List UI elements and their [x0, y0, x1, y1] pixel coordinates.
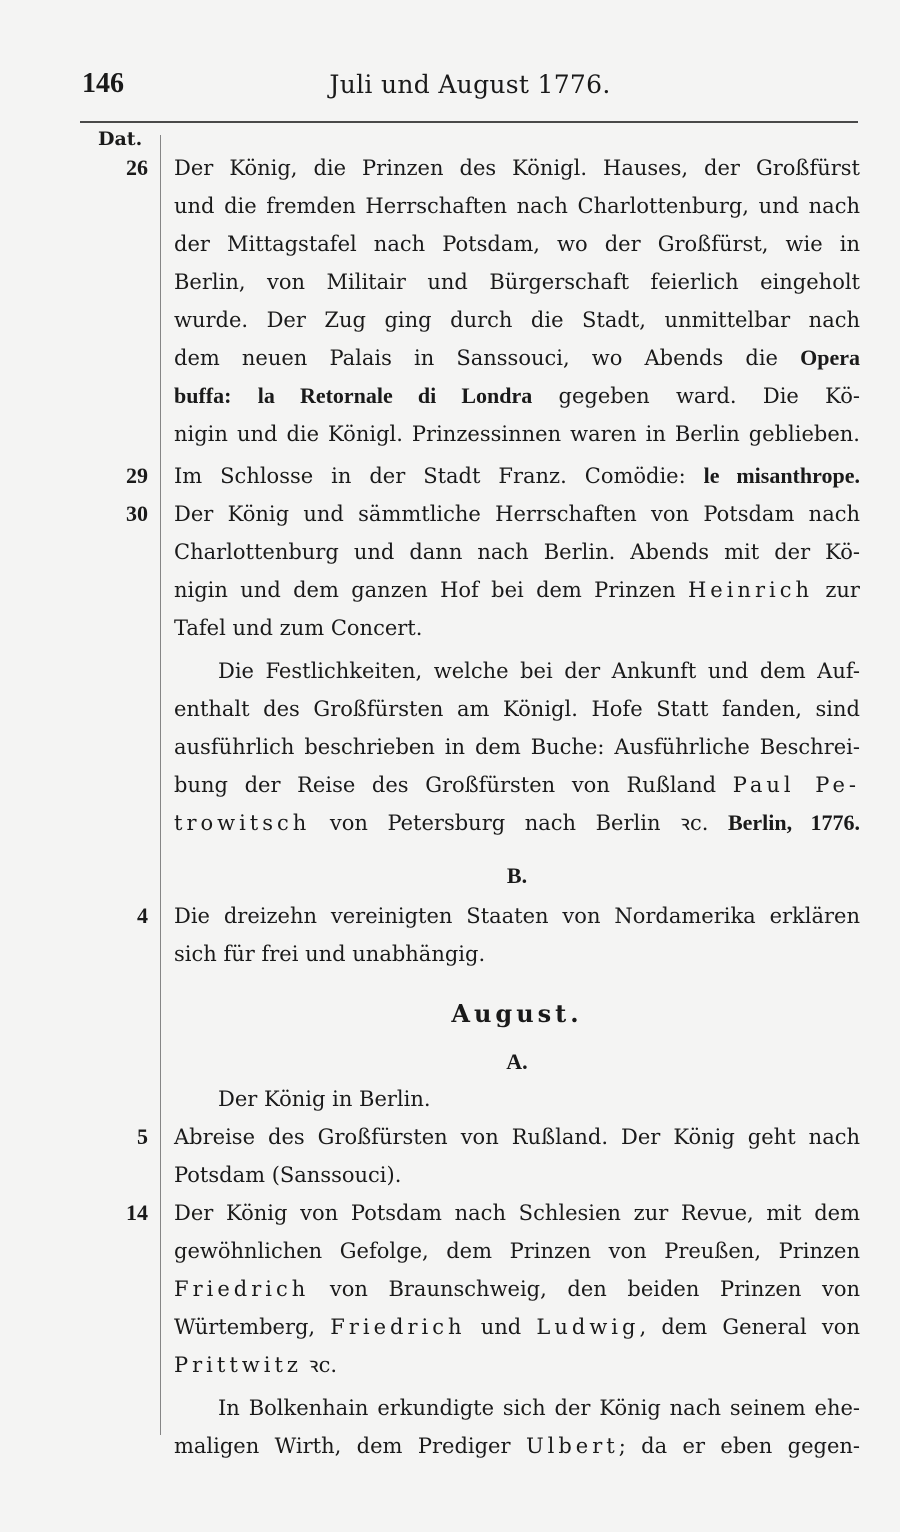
text-line: wurde. Der Zug ging durch die Stadt, unm…	[174, 301, 860, 339]
header-rule	[80, 121, 858, 123]
text-span: Würtemberg,	[174, 1315, 315, 1339]
text-line: sich für frei und unabhängig.	[174, 935, 860, 973]
running-head: 146 Juli und August 1776.	[82, 68, 858, 108]
text-line: Friedrich von Braunschweig, den beiden P…	[174, 1270, 860, 1308]
text-line: gewöhnlichen Gefolge, dem Prinzen von Pr…	[174, 1232, 860, 1270]
text-span: nigin und dem ganzen Hof bei dem Prinzen	[174, 578, 676, 602]
spaced-name: Ulbert	[526, 1434, 619, 1458]
text-span: ꝛc.	[309, 1353, 337, 1377]
spaced-name: Paul Pe-	[733, 773, 860, 797]
running-title: Juli und August 1776.	[82, 70, 858, 99]
text-line: nigin und dem ganzen Hof bei dem Prinzen…	[174, 571, 860, 609]
text-line: Tafel und zum Concert.	[174, 609, 860, 647]
text-line: trowitsch von Petersburg nach Berlin ꝛc.…	[174, 804, 860, 842]
text-span: und	[481, 1315, 522, 1339]
text-line: Prittwitz ꝛc.	[174, 1346, 860, 1384]
text-line: Abreise des Großfürsten von Rußland. Der…	[174, 1118, 860, 1156]
text-line: ausführlich beschrieben in dem Buche: Au…	[174, 728, 860, 766]
text-line: buffa: la Retornale di Londra gegeben wa…	[174, 377, 860, 415]
date-5: 5	[100, 1118, 148, 1156]
text-line: Potsdam (Sanssouci).	[174, 1156, 860, 1194]
text-line: enthalt des Großfürsten am Königl. Hofe …	[174, 690, 860, 728]
spaced-name: Heinrich	[688, 578, 813, 602]
text-line: Der König, die Prinzen des Königl. Hause…	[174, 149, 860, 187]
text-line: Die dreizehn vereinigten Staaten von Nor…	[174, 897, 860, 935]
text-line: Im Schlosse in der Stadt Franz. Comödie:…	[174, 457, 860, 495]
month-heading: August.	[174, 995, 860, 1033]
text-line: dem neuen Palais in Sanssouci, wo Abends…	[174, 339, 860, 377]
section-heading-b: B.	[174, 857, 860, 895]
text-span: Berlin, 1776.	[728, 810, 860, 835]
text-line: Charlottenburg und dann nach Berlin. Abe…	[174, 533, 860, 571]
text-span: von Braunschweig, den beiden Prinzen von	[330, 1277, 860, 1301]
text-line: Würtemberg, Friedrich und Ludwig, dem Ge…	[174, 1308, 860, 1346]
date-29: 29	[100, 457, 148, 495]
spaced-name: Ludwig	[536, 1315, 639, 1339]
text-line: Berlin, von Militair und Bürgerschaft fe…	[174, 263, 860, 301]
text-span: dem neuen Palais in Sanssouci, wo Abends…	[174, 346, 778, 370]
text-line: In Bolkenhain erkundigte sich der König …	[218, 1389, 860, 1427]
text-line: Der König von Potsdam nach Schlesien zur…	[174, 1194, 860, 1232]
date-30: 30	[100, 495, 148, 533]
text-span: bung der Reise des Großfürsten von Rußla…	[174, 773, 716, 797]
text-span: buffa:	[174, 383, 231, 408]
opera-title: la Retornale di Londra	[258, 383, 533, 408]
text-span: zur	[825, 578, 860, 602]
text-line: und die fremden Herrschaften nach Charlo…	[174, 187, 860, 225]
text-span: gegeben ward. Die Kö-	[559, 384, 860, 408]
spaced-name: Prittwitz	[174, 1353, 302, 1377]
text-span: Im Schlosse in der Stadt Franz. Comödie:	[174, 464, 686, 488]
spaced-name: trowitsch	[174, 811, 310, 835]
date-26: 26	[100, 149, 148, 187]
date-14: 14	[100, 1194, 148, 1232]
section-heading-a: A.	[174, 1043, 860, 1081]
text-span: maligen Wirth, dem Prediger	[174, 1434, 511, 1458]
text-line: nigin und die Königl. Prinzessinnen ware…	[174, 415, 860, 453]
text-line: der Mittagstafel nach Potsdam, wo der Gr…	[174, 225, 860, 263]
text-line: maligen Wirth, dem Prediger Ulbert; da e…	[174, 1427, 860, 1465]
comedy-title: le misanthrope.	[704, 463, 860, 488]
spaced-name: Friedrich	[174, 1277, 309, 1301]
text-span: von Petersburg nach Berlin ꝛc.	[330, 811, 709, 835]
spaced-name: Friedrich	[330, 1315, 465, 1339]
text-span: , dem General von	[639, 1315, 859, 1339]
text-line: bung der Reise des Großfürsten von Rußla…	[174, 766, 860, 804]
date-column-label: Dat.	[98, 128, 142, 150]
date-column-rule	[160, 135, 161, 1435]
book-page: 146 Juli und August 1776. Dat. 26 Der Kö…	[0, 0, 900, 1532]
text-span: ; da er eben gegen-	[619, 1434, 860, 1458]
date-4: 4	[100, 897, 148, 935]
text-line: Der König und sämmtliche Herrschaften vo…	[174, 495, 860, 533]
text-line: Die Festlichkeiten, welche bei der Ankun…	[218, 652, 860, 690]
subheading: Der König in Berlin.	[218, 1080, 860, 1118]
opera-label: Opera	[800, 345, 860, 370]
